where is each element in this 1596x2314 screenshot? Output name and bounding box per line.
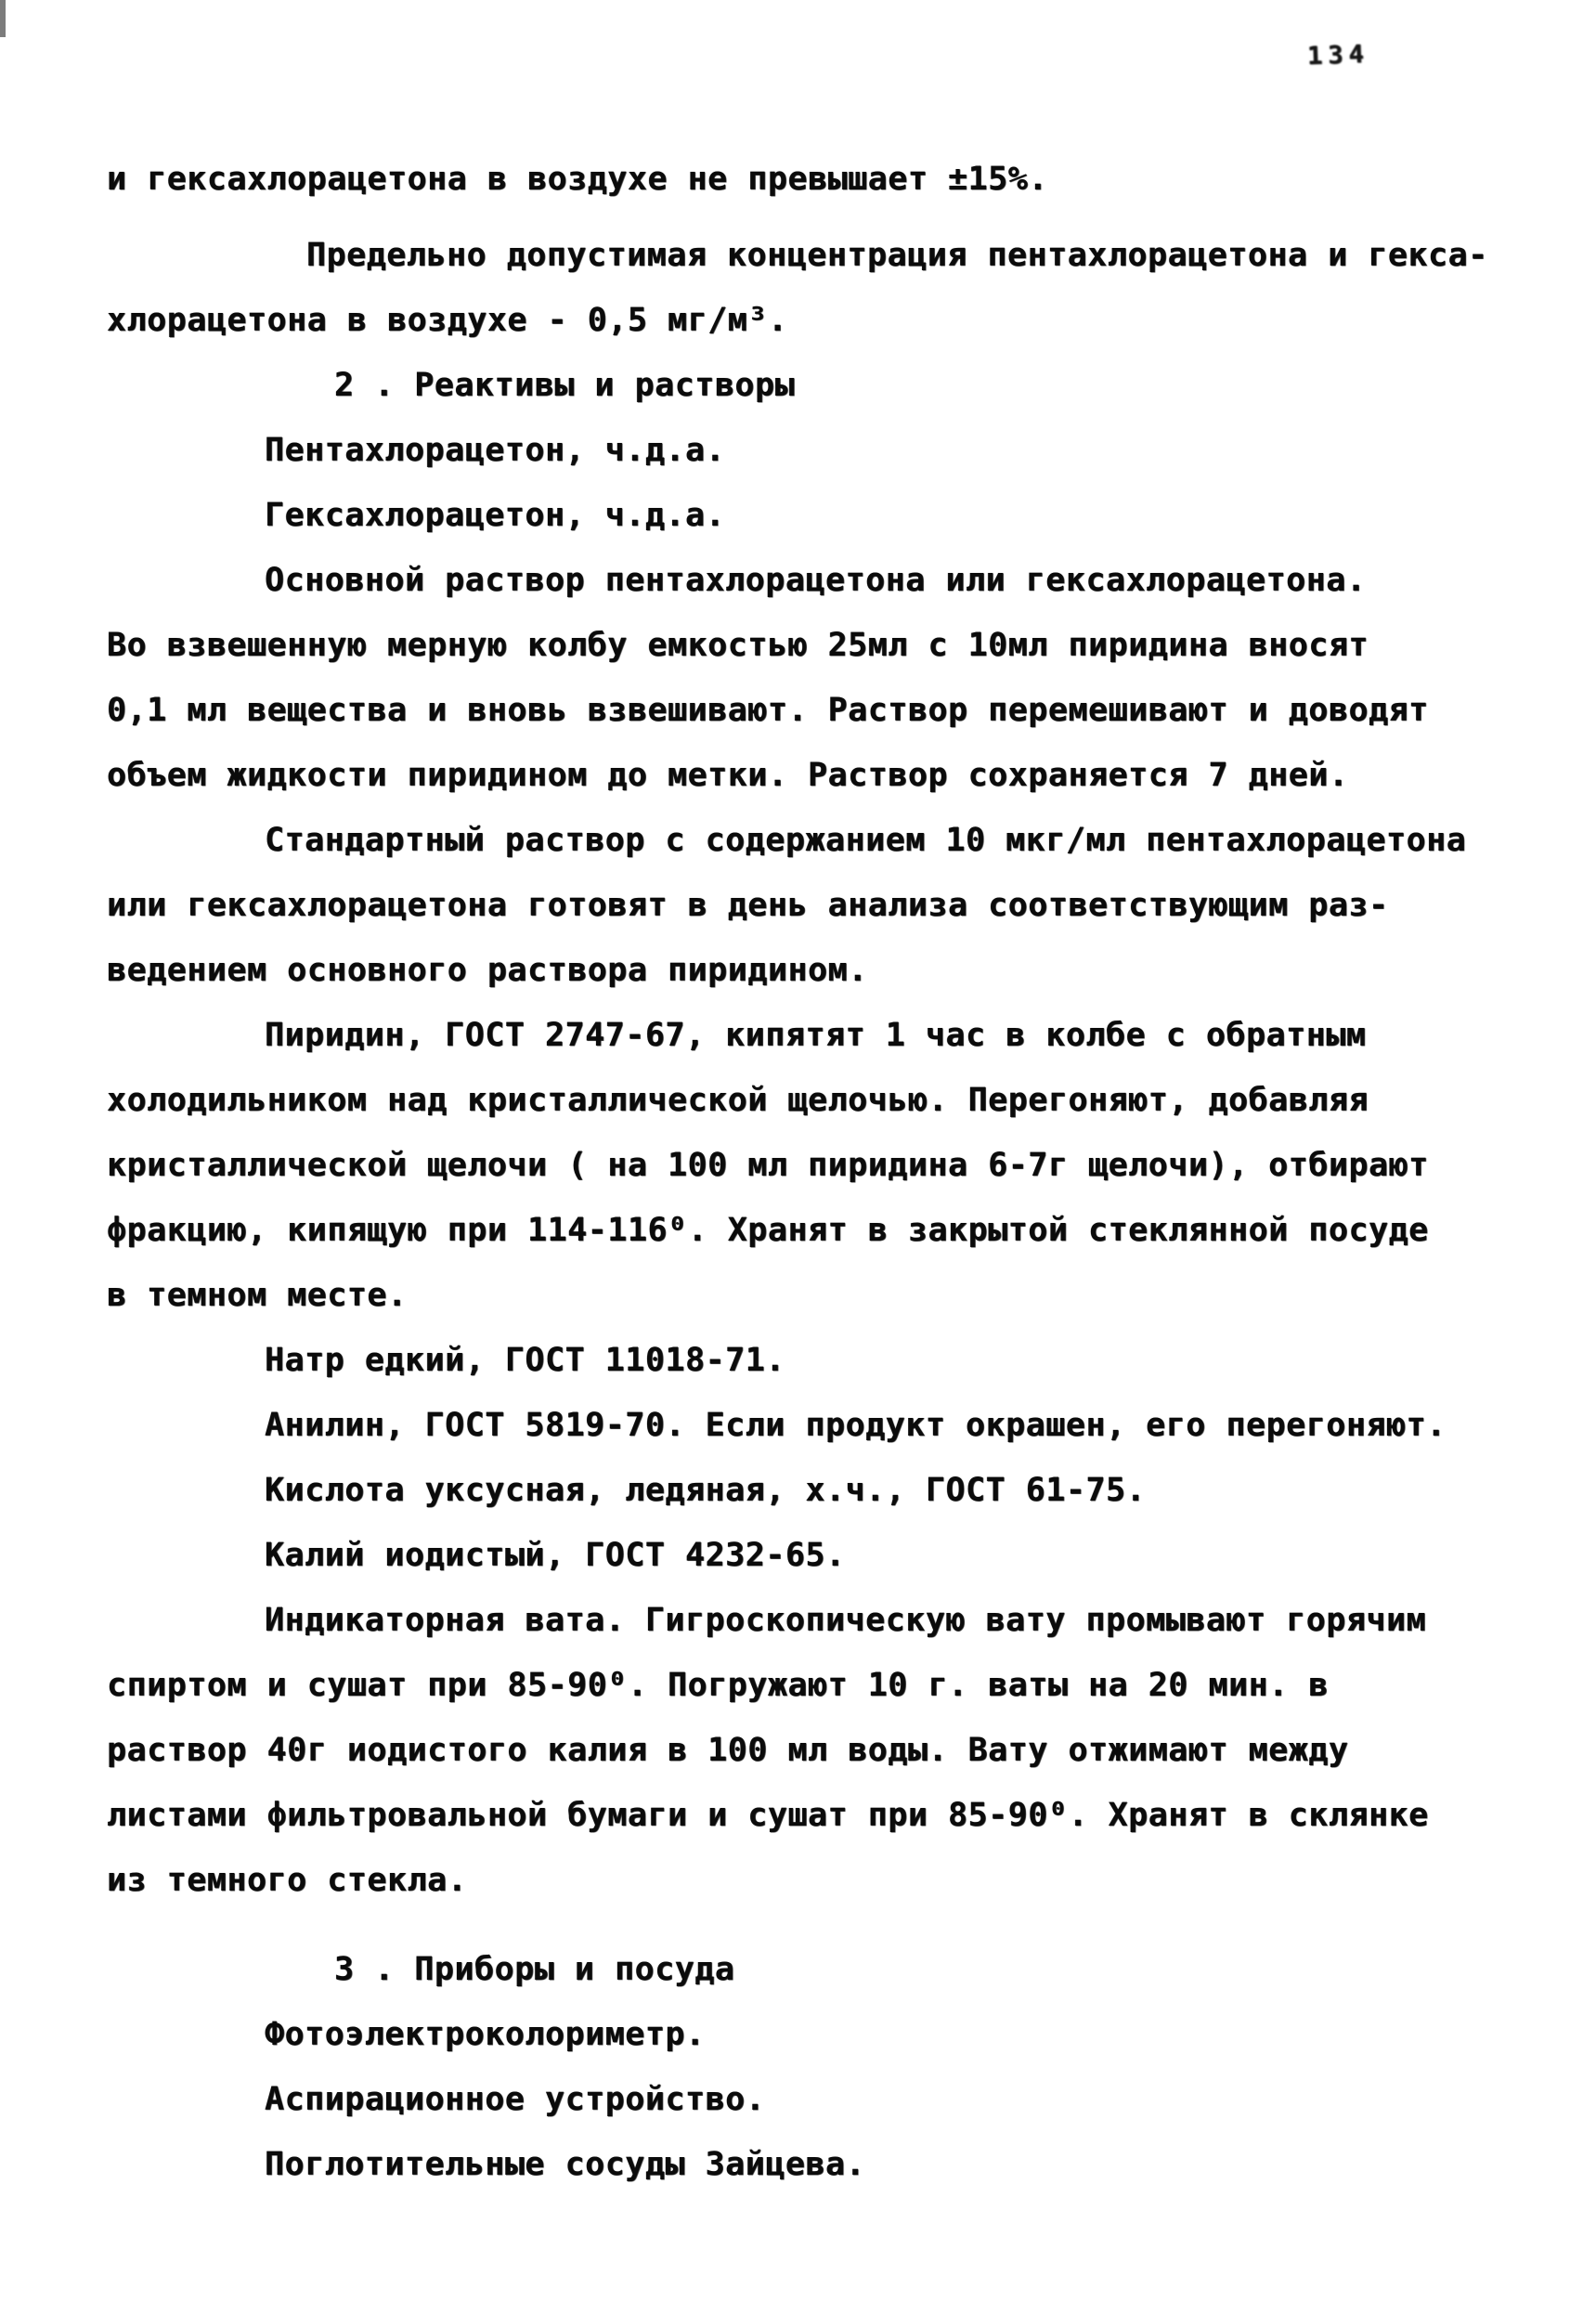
text-line: Предельно допустимая концентрация пентах… <box>0 223 1596 288</box>
text-line: раствор 40г иодистого калия в 100 мл вод… <box>0 1718 1596 1783</box>
section-heading: 2 . Реактивы и растворы <box>0 353 1596 418</box>
section-heading: 3 . Приборы и посуда <box>0 1937 1596 2002</box>
document-page: 134 и гексахлорацетона в воздухе не прев… <box>0 0 1596 2314</box>
text-line: 0,1 мл вещества и вновь взвешивают. Раст… <box>0 678 1596 743</box>
text-line: Анилин, ГОСТ 5819-70. Если продукт окраш… <box>0 1393 1596 1458</box>
text-line: Аспирационное устройство. <box>0 2067 1596 2132</box>
text-line: или гексахлорацетона готовят в день анал… <box>0 873 1596 938</box>
text-line: Основной раствор пентахлорацетона или ге… <box>0 548 1596 613</box>
text-line: Поглотительные сосуды Зайцева. <box>0 2132 1596 2197</box>
text-line: из темного стекла. <box>0 1848 1596 1913</box>
text-line: в темном месте. <box>0 1263 1596 1328</box>
document-body: и гексахлорацетона в воздухе не превышае… <box>0 147 1596 2197</box>
text-line: Гексахлорацетон, ч.д.а. <box>0 483 1596 548</box>
text-line: Пентахлорацетон, ч.д.а. <box>0 418 1596 483</box>
text-line: кристаллической щелочи ( на 100 мл пирид… <box>0 1133 1596 1198</box>
text-line: объем жидкости пиридином до метки. Раств… <box>0 743 1596 808</box>
text-line: и гексахлорацетона в воздухе не превышае… <box>0 147 1596 212</box>
text-line: листами фильтровальной бумаги и сушат пр… <box>0 1783 1596 1848</box>
text-line: Пиридин, ГОСТ 2747-67, кипятят 1 час в к… <box>0 1003 1596 1068</box>
text-line: Натр едкий, ГОСТ 11018-71. <box>0 1328 1596 1393</box>
text-line: Калий иодистый, ГОСТ 4232-65. <box>0 1523 1596 1588</box>
text-line: Фотоэлектроколориметр. <box>0 2002 1596 2067</box>
text-line: Кислота уксусная, ледяная, х.ч., ГОСТ 61… <box>0 1458 1596 1523</box>
text-line: спиртом и сушат при 85-90⁰. Погружают 10… <box>0 1653 1596 1718</box>
text-line: ведением основного раствора пиридином. <box>0 938 1596 1003</box>
text-line: Стандартный раствор с содержанием 10 мкг… <box>0 808 1596 873</box>
scan-edge-artifact <box>0 0 6 37</box>
text-line: Индикаторная вата. Гигроскопическую вату… <box>0 1588 1596 1653</box>
text-line: Во взвешенную мерную колбу емкостью 25мл… <box>0 613 1596 678</box>
text-line: хлорацетона в воздухе - 0,5 мг/м³. <box>0 288 1596 353</box>
text-line: холодильником над кристаллической щелочь… <box>0 1068 1596 1133</box>
text-line: фракцию, кипящую при 114-116⁰. Хранят в … <box>0 1198 1596 1263</box>
page-number: 134 <box>1306 40 1369 71</box>
